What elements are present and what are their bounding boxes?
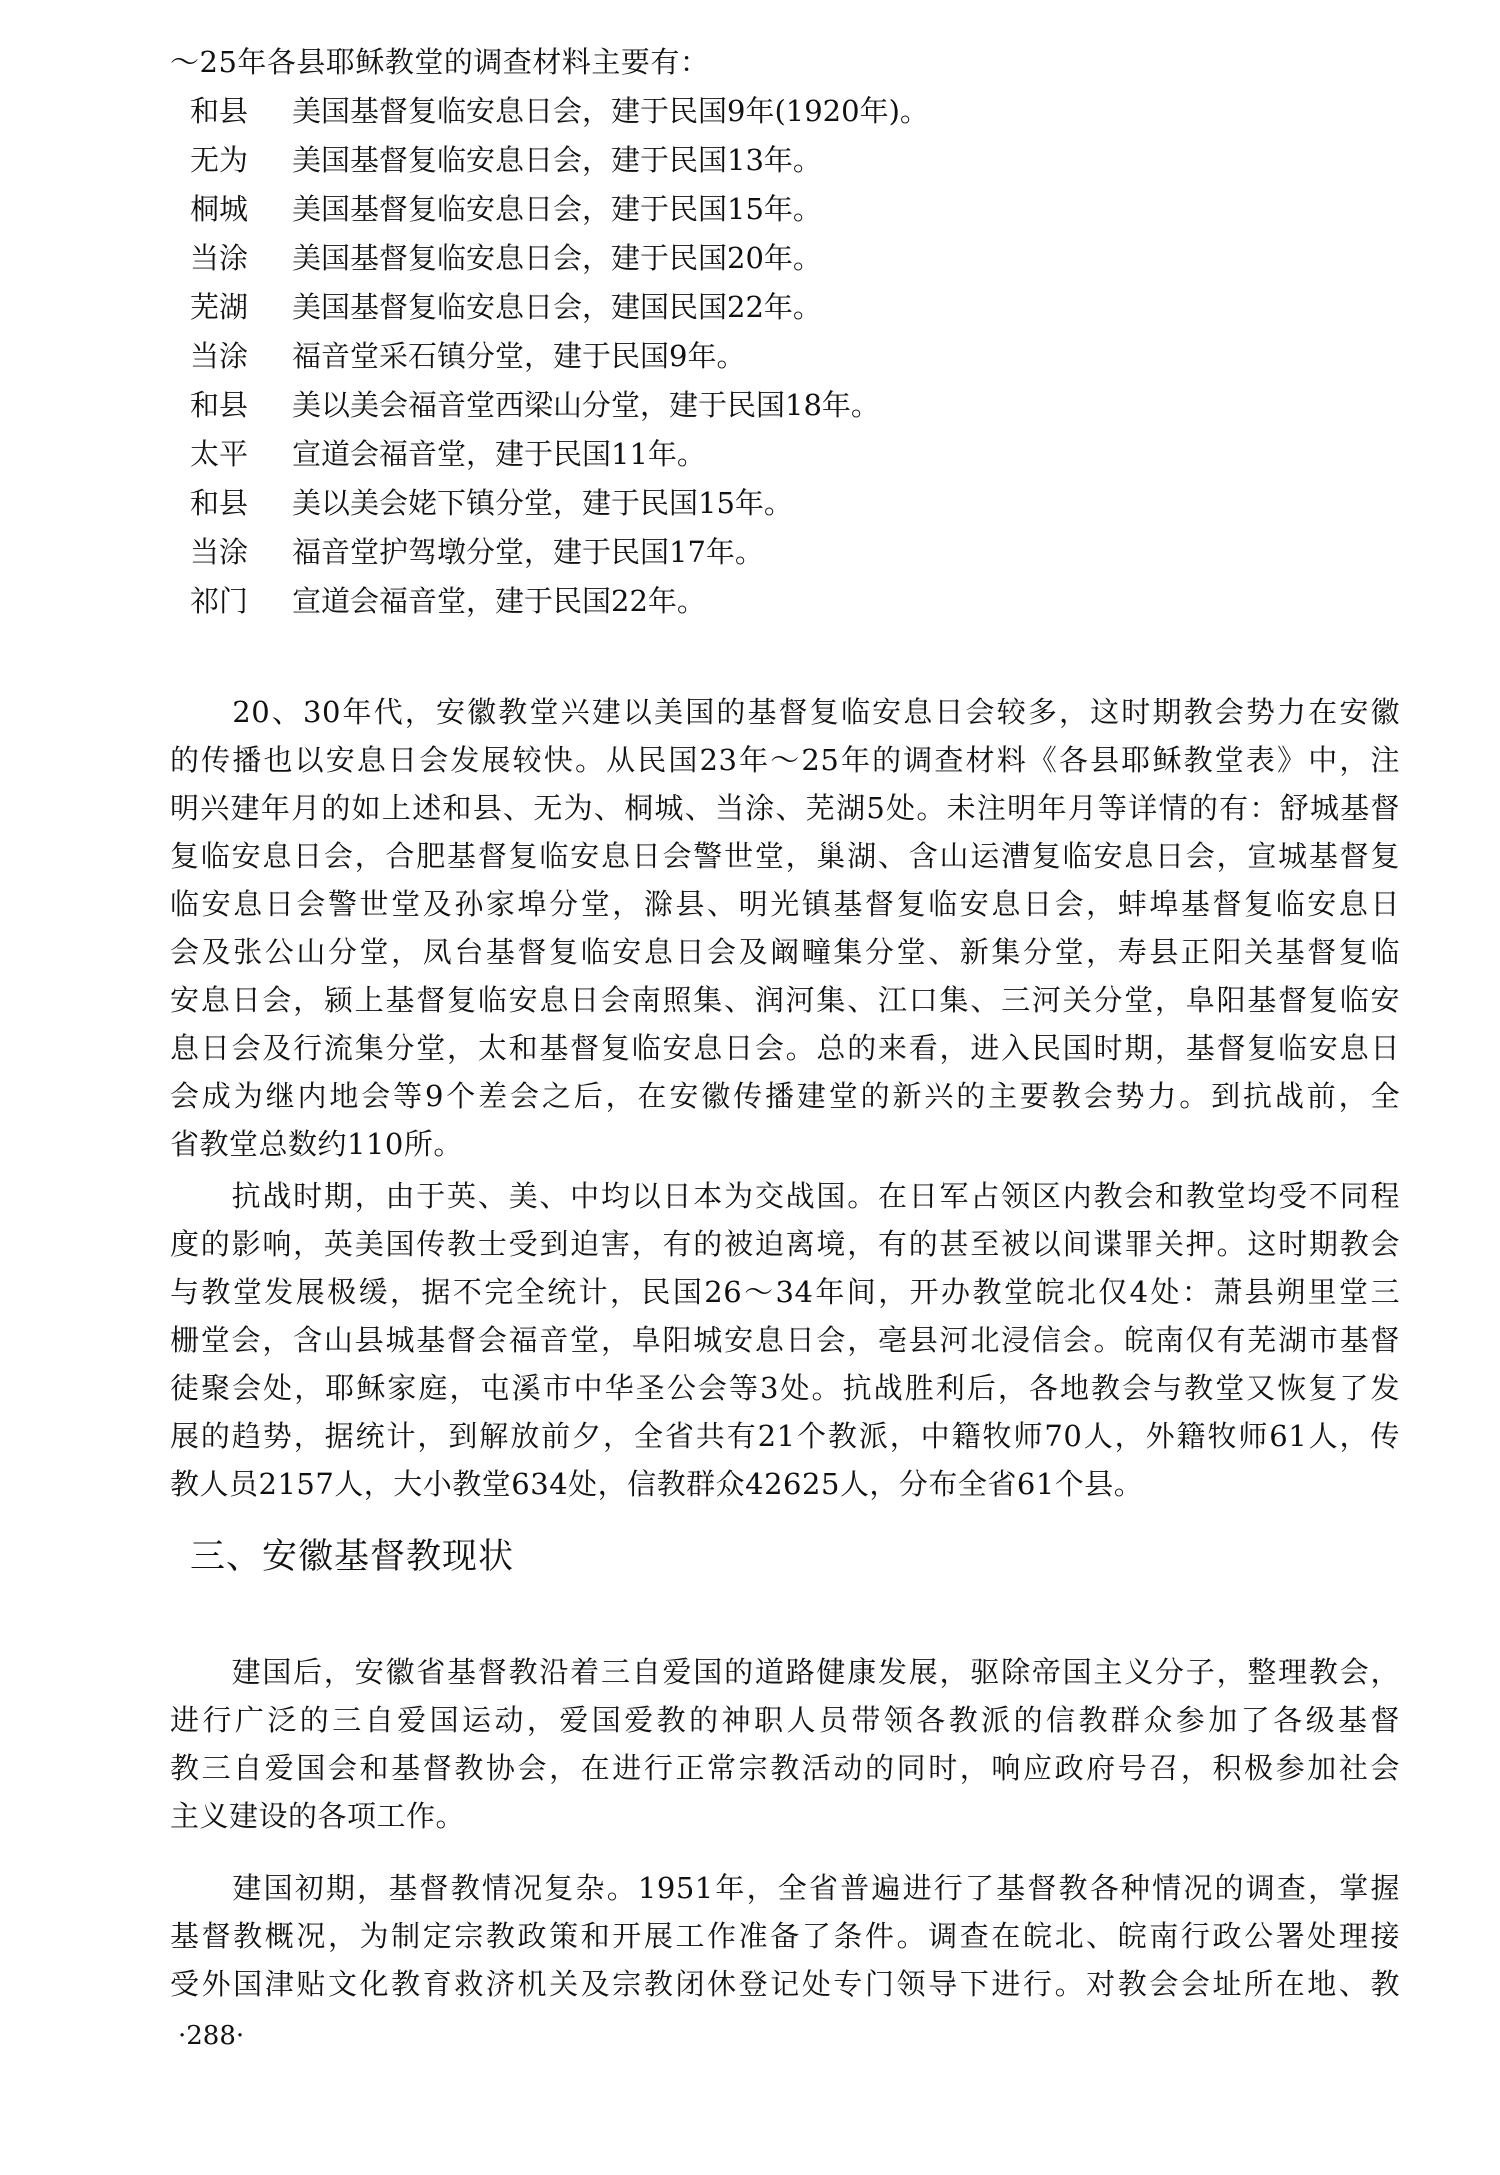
church-desc: 宣道会福音堂，建于民国22年。 [292,584,706,618]
church-desc: 宣道会福音堂，建于民国11年。 [292,437,706,471]
list-item: 无为美国基督复临安息日会，建于民国13年。 [190,142,822,178]
text-line: 教三自爱国会和基督教协会，在进行正常宗教活动的同时，响应政府号召，积极参加社会 [170,1750,1400,1786]
church-desc: 美国基督复临安息日会，建于民国20年。 [292,241,822,275]
text-line: 安息日会，颍上基督复临安息日会南照集、润河集、江口集、三河关分堂，阜阳基督复临安 [170,982,1400,1018]
church-desc: 美国基督复临安息日会，建于民国15年。 [292,192,822,226]
list-item: 和县美国基督复临安息日会，建于民国9年(1920年)。 [190,93,929,129]
list-item: 太平宣道会福音堂，建于民国11年。 [190,436,706,472]
church-desc: 福音堂采石镇分堂，建于民国9年。 [292,339,745,373]
text-line: 抗战时期，由于英、美、中均以日本为交战国。在日军占领区内教会和教堂均受不同程 [170,1178,1400,1214]
church-desc: 美国基督复临安息日会，建国民国22年。 [292,290,822,324]
text-line: 息日会及行流集分堂，太和基督复临安息日会。总的来看，进入民国时期，基督复临安息日 [170,1030,1400,1066]
county-name: 当涂 [190,240,292,276]
section-heading: 三、安徽基督教现状 [190,1535,514,1579]
church-desc: 美国基督复临安息日会，建于民国9年(1920年)。 [292,94,929,128]
list-item: 桐城美国基督复临安息日会，建于民国15年。 [190,191,822,227]
county-name: 太平 [190,436,292,472]
list-item: 当涂福音堂采石镇分堂，建于民国9年。 [190,338,745,374]
text-line: 度的影响，英美国传教士受到迫害，有的被迫离境，有的甚至被以间谍罪关押。这时期教会 [170,1226,1400,1262]
text-line: 临安息日会警世堂及孙家埠分堂，滁县、明光镇基督复临安息日会，蚌埠基督复临安息日 [170,886,1400,922]
county-name: 祁门 [190,583,292,619]
text-line: 基督教概况，为制定宗教政策和开展工作准备了条件。调查在皖北、皖南行政公署处理接 [170,1918,1400,1954]
document-page: ～25年各县耶稣教堂的调查材料主要有： 和县美国基督复临安息日会，建于民国9年(… [0,0,1500,2175]
county-name: 当涂 [190,534,292,570]
text-line: 省教堂总数约110所。 [170,1126,1400,1162]
county-name: 和县 [190,485,292,521]
text-line: 教人员2157人，大小教堂634处，信教群众42625人，分布全省61个县。 [170,1466,1400,1502]
text-line: 明兴建年月的如上述和县、无为、桐城、当涂、芜湖5处。未注明年月等详情的有：舒城基… [170,790,1400,826]
list-item: 当涂美国基督复临安息日会，建于民国20年。 [190,240,822,276]
county-name: 和县 [190,387,292,423]
list-item: 和县美以美会福音堂西梁山分堂，建于民国18年。 [190,387,880,423]
page-number: ·288· [178,2020,244,2052]
county-name: 无为 [190,142,292,178]
text-line: 会成为继内地会等9个差会之后，在安徽传播建堂的新兴的主要教会势力。到抗战前，全 [170,1078,1400,1114]
text-line: 徒聚会处，耶稣家庭，屯溪市中华圣公会等3处。抗战胜利后，各地教会与教堂又恢复了发 [170,1370,1400,1406]
church-desc: 美以美会福音堂西梁山分堂，建于民国18年。 [292,388,880,422]
text-line: 的传播也以安息日会发展较快。从民国23年～25年的调查材料《各县耶稣教堂表》中，… [170,742,1400,778]
list-item: 祁门宣道会福音堂，建于民国22年。 [190,583,706,619]
church-desc: 美国基督复临安息日会，建于民国13年。 [292,143,822,177]
text-line: 主义建设的各项工作。 [170,1798,1400,1834]
text-line: 会及张公山分堂，凤台基督复临安息日会及阚疃集分堂、新集分堂，寿县正阳关基督复临 [170,934,1400,970]
text-line: 展的趋势，据统计，到解放前夕，全省共有21个教派，中籍牧师70人，外籍牧师61人… [170,1418,1400,1454]
church-desc: 美以美会姥下镇分堂，建于民国15年。 [292,486,793,520]
text-line: 进行广泛的三自爱国运动，爱国爱教的神职人员带领各教派的信教群众参加了各级基督 [170,1702,1400,1738]
list-item: 芜湖美国基督复临安息日会，建国民国22年。 [190,289,822,325]
text-line: 复临安息日会，合肥基督复临安息日会警世堂，巢湖、含山运漕复临安息日会，宣城基督复 [170,838,1400,874]
text-line: 建国后，安徽省基督教沿着三自爱国的道路健康发展，驱除帝国主义分子，整理教会， [170,1654,1400,1690]
text-line: 受外国津贴文化教育救济机关及宗教闭休登记处专门领导下进行。对教会会址所在地、教 [170,1966,1400,2002]
church-desc: 福音堂护驾墩分堂，建于民国17年。 [292,535,764,569]
county-name: 桐城 [190,191,292,227]
county-name: 和县 [190,93,292,129]
text-line: 20、30年代，安徽教堂兴建以美国的基督复临安息日会较多，这时期教会势力在安徽 [170,694,1400,730]
county-name: 芜湖 [190,289,292,325]
text-line: 与教堂发展极缓，据不完全统计，民国26～34年间，开办教堂皖北仅4处：萧县朔里堂… [170,1274,1400,1310]
intro-line: ～25年各县耶稣教堂的调查材料主要有： [170,44,1400,80]
text-line: 栅堂会，含山县城基督会福音堂，阜阳城安息日会，亳县河北浸信会。皖南仅有芜湖市基督 [170,1322,1400,1358]
county-name: 当涂 [190,338,292,374]
list-item: 当涂福音堂护驾墩分堂，建于民国17年。 [190,534,764,570]
text-line: 建国初期，基督教情况复杂。1951年，全省普遍进行了基督教各种情况的调查，掌握 [170,1870,1400,1906]
list-item: 和县美以美会姥下镇分堂，建于民国15年。 [190,485,793,521]
